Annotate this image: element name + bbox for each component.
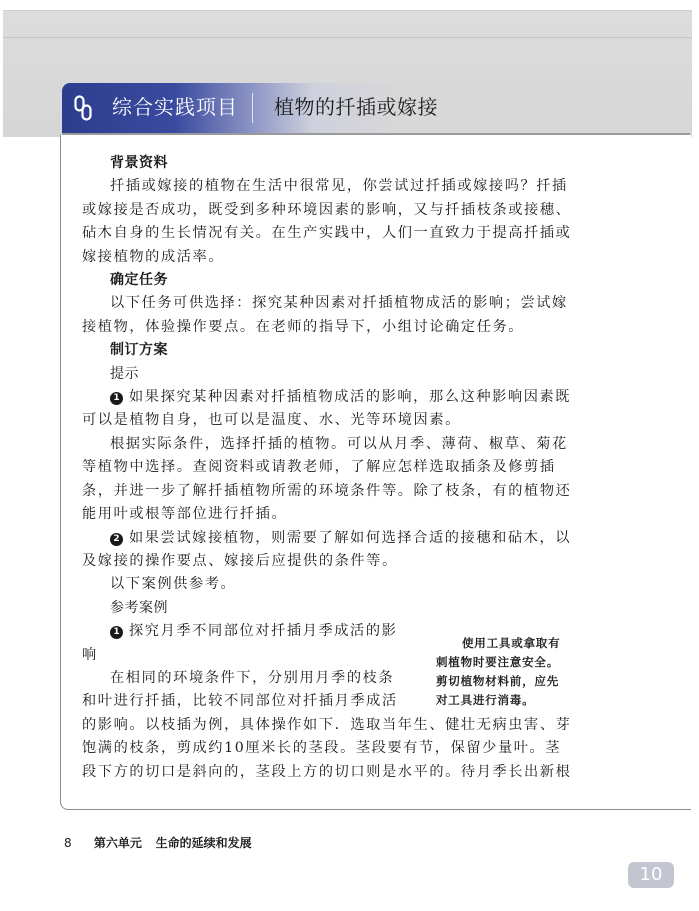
footer-page-number: 8: [64, 836, 90, 850]
case-1-body-full: 的影响。以枝插为例，具体操作如下．选取当年生、健壮无病虫害、芽饱满的枝条，剪成约…: [82, 714, 572, 784]
header-divider: [252, 93, 253, 123]
paragraph-task: 以下任务可供选择：探究某种因素对扦插植物成活的影响；尝试嫁接植物，体验操作要点。…: [82, 292, 572, 339]
hint-1: 1如果探究某种因素对扦插植物成活的影响，那么这种影响因素既可以是植物自身，也可以…: [82, 386, 572, 433]
footer-chapter: 生命的延续和发展: [156, 836, 252, 850]
heading-background: 背景资料: [82, 152, 572, 175]
heading-task: 确定任务: [82, 269, 572, 292]
heading-plan: 制订方案: [82, 339, 572, 362]
page-title: 植物的扦插或嫁接: [274, 91, 438, 123]
reference-intro: 以下案例供参考。: [82, 573, 572, 596]
case-1-title: 1探究月季不同部位对扦插月季成活的影响: [82, 620, 402, 667]
safety-note-line-1: 使用工具或拿取有: [436, 634, 586, 653]
hint-1-followup: 根据实际条件，选择扦插的植物。可以从月季、薄荷、椒草、菊花等植物中选择。查阅资料…: [82, 433, 572, 527]
footer-unit: 第六单元: [94, 836, 142, 850]
page-index-badge: 10: [628, 862, 674, 888]
safety-note-line-2: 刺植物时要注意安全。: [436, 653, 586, 672]
hint-2-text: 如果尝试嫁接植物，则需要了解如何选择合适的接穗和砧木，以及嫁接的操作要点、嫁接后…: [82, 530, 571, 569]
safety-note: 使用工具或拿取有 刺植物时要注意安全。 剪切植物材料前，应先 对工具进行消毒。: [436, 634, 586, 710]
heading-case: 参考案例: [82, 597, 572, 620]
safety-note-line-4: 对工具进行消毒。: [436, 691, 586, 710]
hint-label: 提示: [82, 363, 572, 386]
section-header: 综合实践项目 植物的扦插或嫁接: [62, 83, 690, 135]
top-rule: [3, 37, 692, 38]
number-marker-2: 2: [110, 533, 123, 546]
number-marker-case-1: 1: [110, 626, 123, 639]
safety-note-line-3: 剪切植物材料前，应先: [436, 672, 586, 691]
hint-2: 2如果尝试嫁接植物，则需要了解如何选择合适的接穗和砧木，以及嫁接的操作要点、嫁接…: [82, 527, 572, 574]
number-marker-1: 1: [110, 392, 123, 405]
case-1-title-text: 探究月季不同部位对扦插月季成活的影响: [82, 623, 397, 662]
case-1-body-narrow: 在相同的环境条件下，分别用月季的枝条和叶进行扦插，比较不同部位对扦插月季成活: [82, 667, 402, 714]
project-tag: 综合实践项目: [112, 91, 238, 123]
paragraph-background: 扦插或嫁接的植物在生活中很常见，你尝试过扦插或嫁接吗？扦插或嫁接是否成功，既受到…: [82, 175, 572, 269]
hint-1-text: 如果探究某种因素对扦插植物成活的影响，那么这种影响因素既可以是植物自身，也可以是…: [82, 389, 571, 428]
chain-link-icon: [74, 95, 92, 121]
page-footer: 8 第六单元 生命的延续和发展: [64, 834, 252, 851]
